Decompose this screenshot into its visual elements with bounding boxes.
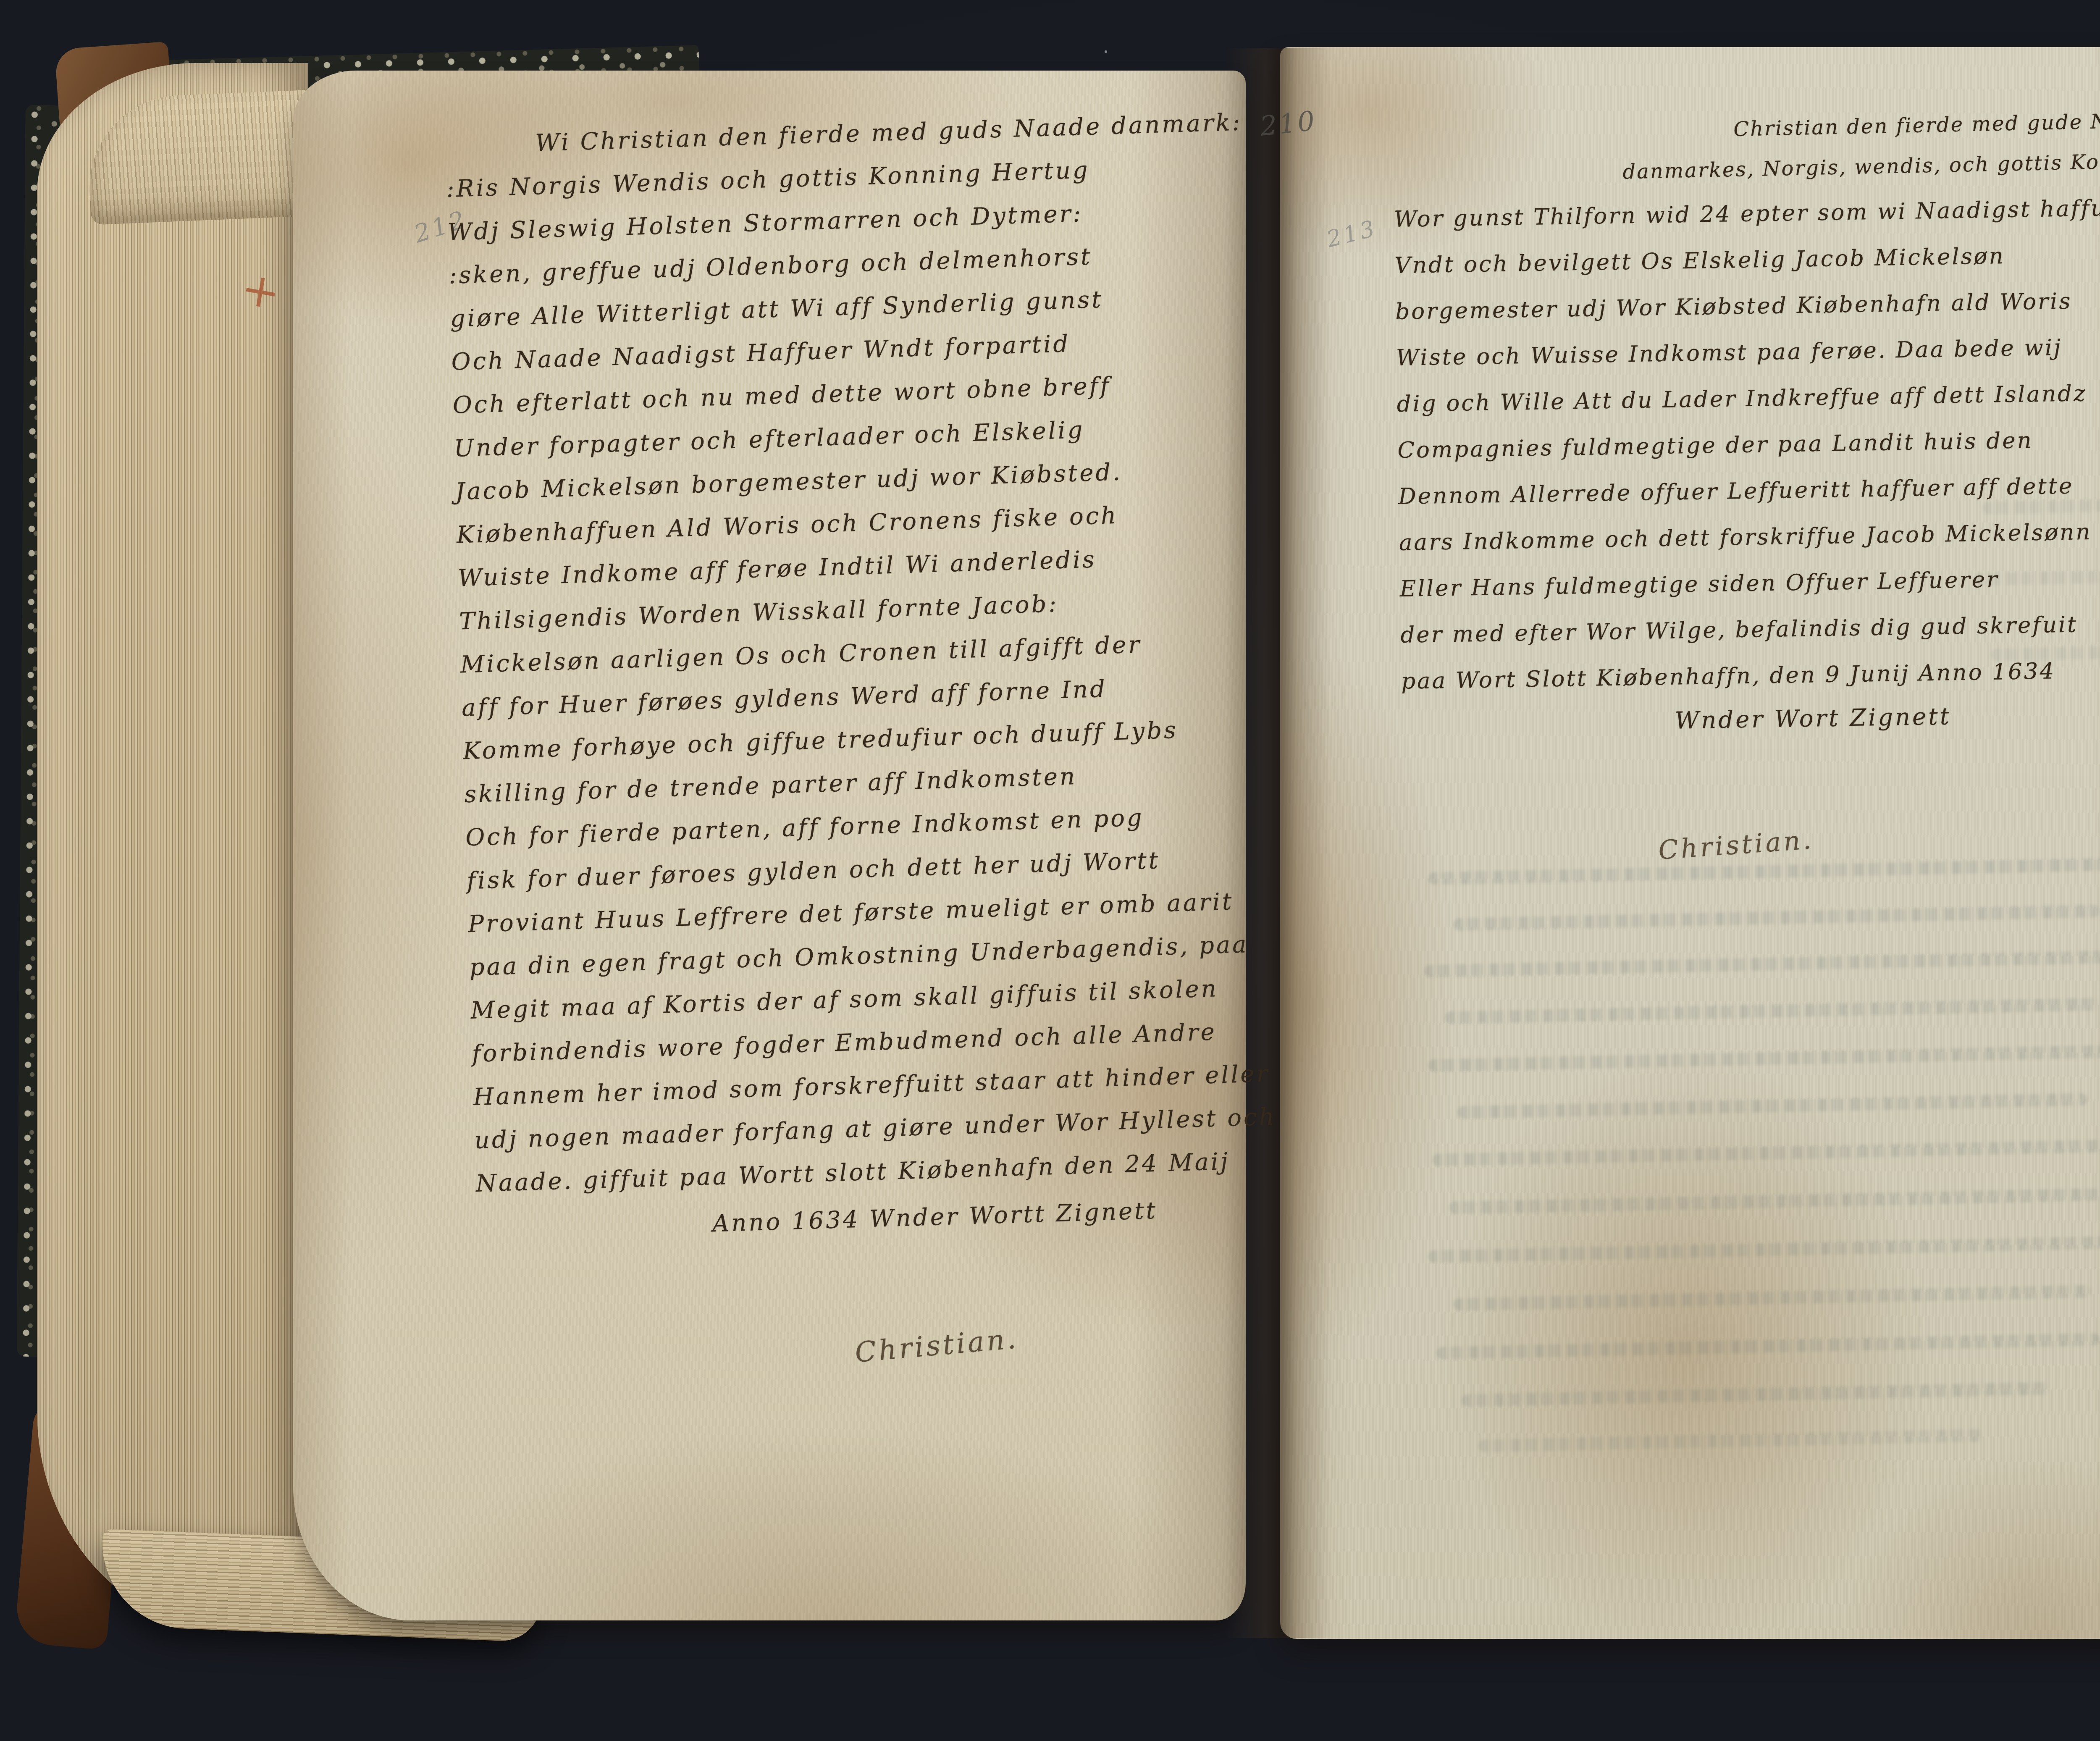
right-page-header: Christian den fierde med gude Naade.danm…	[1612, 100, 2100, 192]
left-page-text: Wi Christian den fierde med guds Naade d…	[444, 100, 1318, 1254]
left-page-lines: Wi Christian den fierde med guds Naade d…	[444, 100, 1316, 1205]
right-page-lines: Wor gunst Thilforn wid 24 epter som wi N…	[1394, 184, 2100, 705]
photograph-of-manuscript-book: 210 212 213 + Wi Christian den fierde me…	[0, 0, 2100, 1741]
right-page-text: Wor gunst Thilforn wid 24 epter som wi N…	[1394, 184, 2100, 739]
dust-speck	[1105, 50, 1107, 53]
